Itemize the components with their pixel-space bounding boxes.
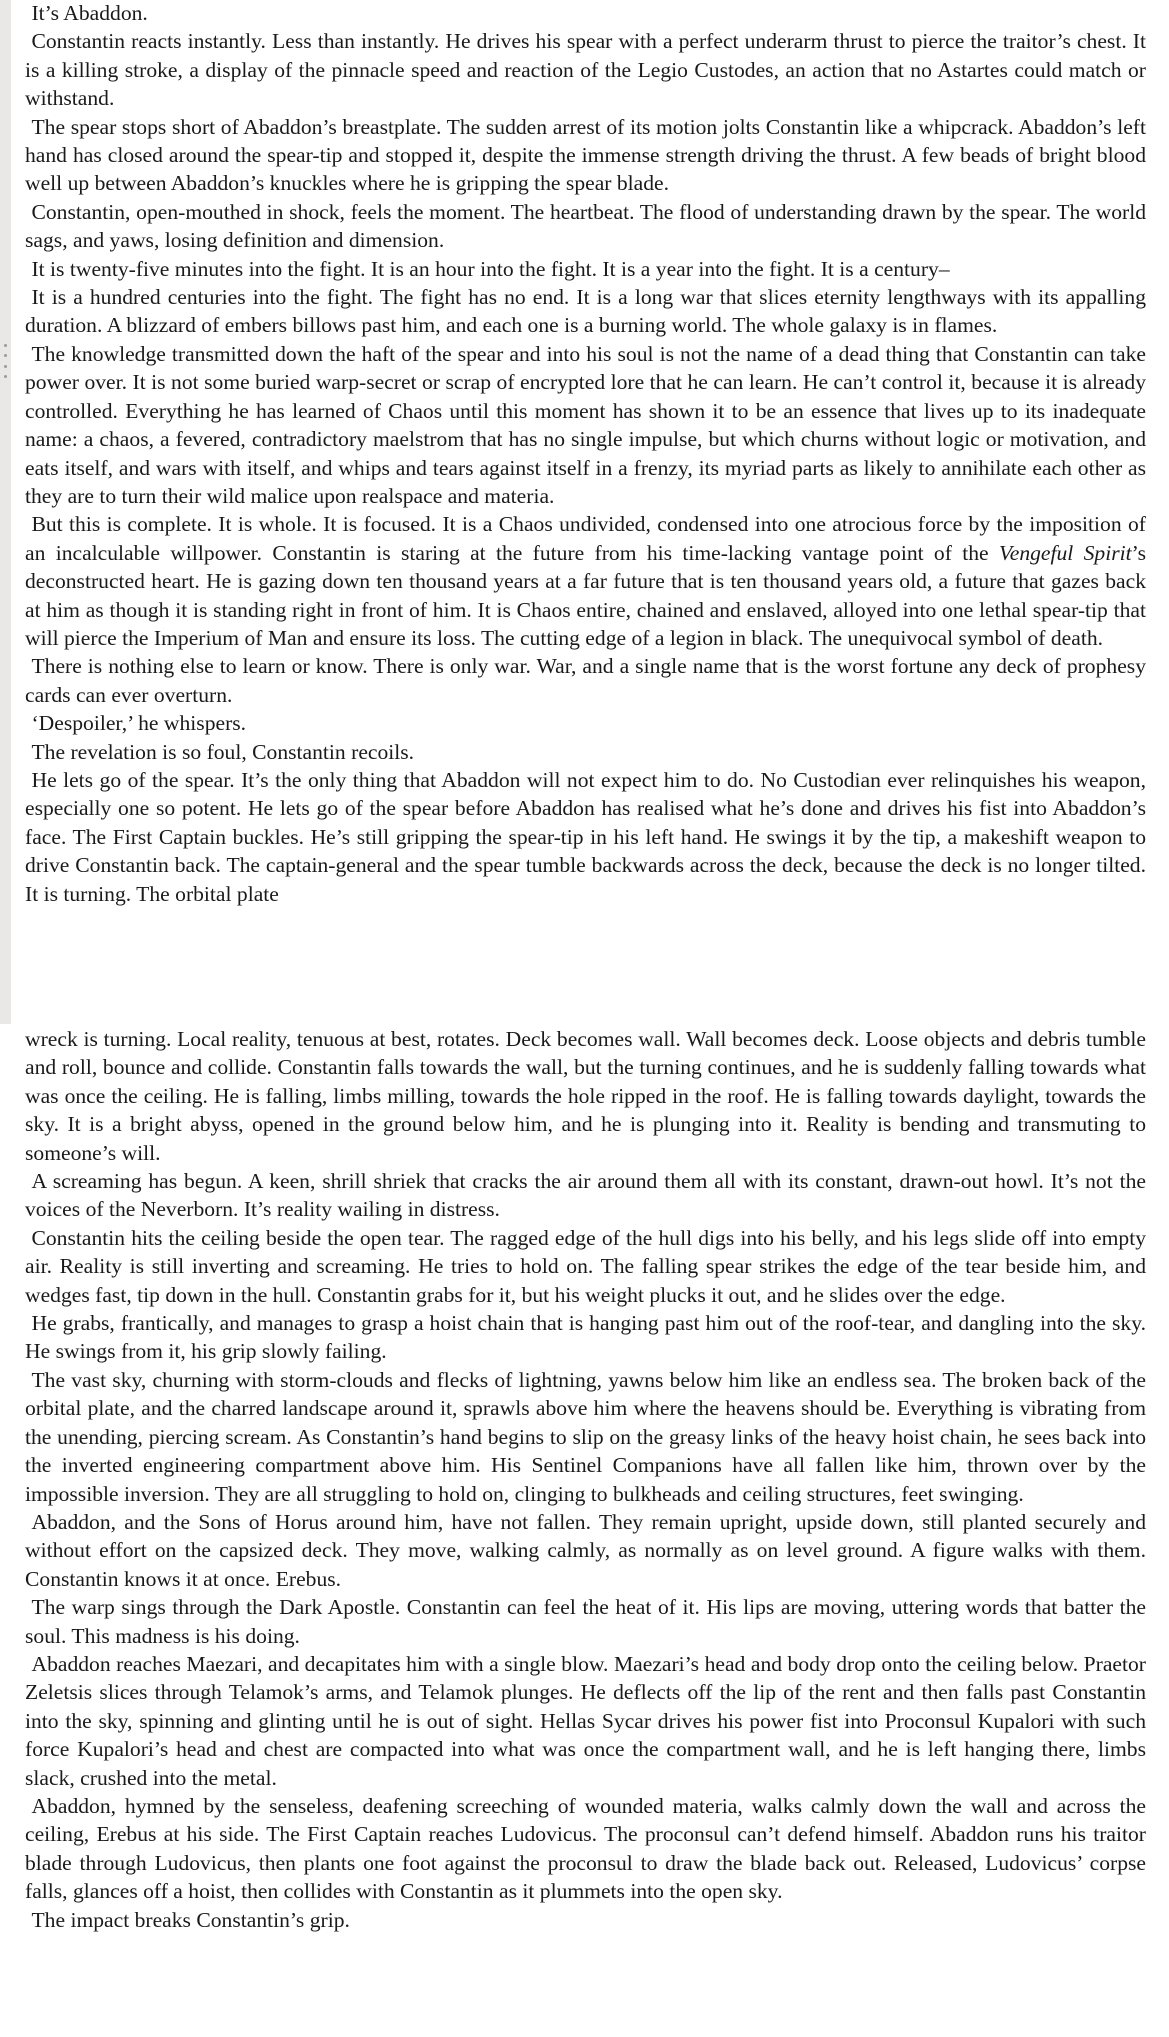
paragraph: Abaddon reaches Maezari, and decapitates…	[25, 1650, 1146, 1792]
paragraph-with-italic: But this is complete. It is whole. It is…	[25, 510, 1146, 652]
paragraph: He lets go of the spear. It’s the only t…	[25, 766, 1146, 908]
paragraph: It is a hundred centuries into the fight…	[25, 283, 1146, 340]
paragraph: Constantin, open-mouthed in shock, feels…	[25, 198, 1146, 255]
paragraph: Abaddon, hymned by the senseless, deafen…	[25, 1792, 1146, 1906]
handle-dot	[4, 354, 7, 357]
paragraph: The warp sings through the Dark Apostle.…	[25, 1593, 1146, 1650]
reader-page-upper: It’s Abaddon. Constantin reacts instantl…	[25, 0, 1146, 908]
text-run: But this is complete. It is whole. It is…	[25, 512, 1146, 564]
handle-dot	[4, 344, 7, 347]
reader-page-lower: wreck is turning. Local reality, tenuous…	[25, 1025, 1146, 1934]
paragraph: There is nothing else to learn or know. …	[25, 652, 1146, 709]
handle-dot	[4, 375, 7, 378]
drag-handle-dots-icon[interactable]	[2, 344, 8, 378]
paragraph: The revelation is so foul, Constantin re…	[25, 738, 1146, 766]
paragraph: It is twenty-five minutes into the fight…	[25, 255, 1146, 283]
paragraph: Constantin hits the ceiling beside the o…	[25, 1224, 1146, 1309]
paragraph: The knowledge transmitted down the haft …	[25, 340, 1146, 510]
paragraph: A screaming has begun. A keen, shrill sh…	[25, 1167, 1146, 1224]
paragraph: Abaddon, and the Sons of Horus around hi…	[25, 1508, 1146, 1593]
paragraph: ‘Despoiler,’ he whispers.	[25, 709, 1146, 737]
paragraph: The spear stops short of Abaddon’s breas…	[25, 113, 1146, 198]
paragraph: He grabs, frantically, and manages to gr…	[25, 1309, 1146, 1366]
paragraph-continuation: wreck is turning. Local reality, tenuous…	[25, 1025, 1146, 1167]
paragraph: The impact breaks Constantin’s grip.	[25, 1906, 1146, 1934]
paragraph: The vast sky, churning with storm-clouds…	[25, 1366, 1146, 1508]
paragraph: Constantin reacts instantly. Less than i…	[25, 27, 1146, 112]
paragraph: It’s Abaddon.	[25, 0, 1146, 27]
handle-dot	[4, 365, 7, 368]
ship-name-italic: Vengeful Spirit	[999, 541, 1132, 565]
side-panel-strip	[0, 0, 11, 1024]
